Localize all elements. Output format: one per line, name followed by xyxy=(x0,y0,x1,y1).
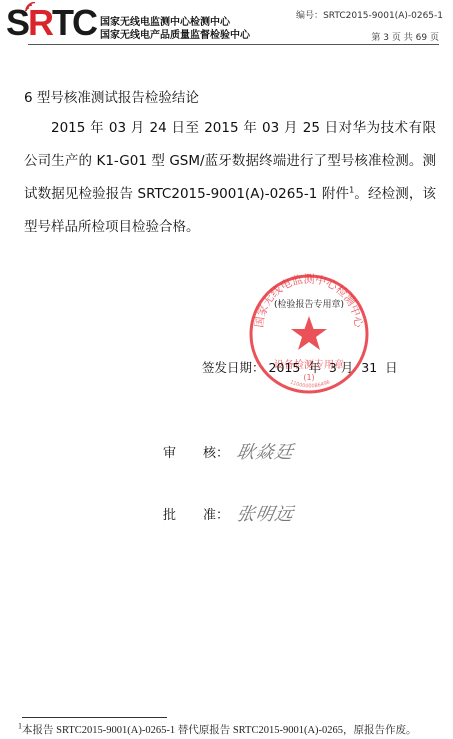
issue-date: 签发日期：2015 年 3月 31 日 xyxy=(202,358,402,376)
month-unit: 月 xyxy=(341,360,354,375)
issue-date-label: 签发日期： xyxy=(202,360,265,375)
reviewer-label-a: 审 xyxy=(163,442,203,461)
org-line-1: 国家无线电监测中心检测中心 xyxy=(100,16,250,29)
section-title: 6 型号核准测试报告检验结论 xyxy=(24,86,199,106)
page-label-mid: 页 共 xyxy=(392,33,413,43)
header-divider xyxy=(28,44,439,45)
footnote: 1本报告 SRTC2015-9001(A)-0265-1 替代原报告 SRTC2… xyxy=(18,722,417,737)
approver-label-a: 批 xyxy=(163,504,203,523)
footnote-divider xyxy=(22,717,167,718)
approver-label-b: 准： xyxy=(203,504,229,523)
signal-icon xyxy=(24,2,38,12)
report-number-value: SRTC2015-9001(A)-0265-1 xyxy=(323,11,443,21)
approver-row: 批 准： 张明远 xyxy=(163,500,294,526)
year-unit: 年 xyxy=(308,360,321,375)
page-current: 3 xyxy=(383,33,389,43)
page-number: 第 3 页 共 69 页 xyxy=(371,30,439,43)
footnote-text: 本报告 SRTC2015-9001(A)-0265-1 替代原报告 SRTC20… xyxy=(22,725,417,736)
reviewer-label-b: 核： xyxy=(203,442,229,461)
day-unit: 日 xyxy=(385,360,398,375)
reviewer-signature: 耿焱廷 xyxy=(235,438,297,464)
page-header: SRTC 国家无线电监测中心检测中心 国家无线电产品质量监督检验中心 编号：SR… xyxy=(0,0,453,48)
page-label-post: 页 xyxy=(430,33,439,43)
organization-names: 国家无线电监测中心检测中心 国家无线电产品质量监督检验中心 xyxy=(100,16,250,42)
seal-top-label: (检验报告专用章) xyxy=(274,298,344,310)
conclusion-paragraph: 2015 年 03 月 24 日至 2015 年 03 月 25 日对华为技术有… xyxy=(24,112,436,244)
srtc-logo: SRTC xyxy=(6,6,96,40)
report-number: 编号：SRTC2015-9001(A)-0265-1 xyxy=(296,8,443,21)
report-number-label: 编号： xyxy=(296,11,323,21)
star-icon xyxy=(291,316,327,350)
reviewer-row: 审 核： 耿焱廷 xyxy=(163,438,294,464)
issue-month: 3 xyxy=(329,360,337,375)
issue-year: 2015 xyxy=(269,360,301,375)
official-seal-stamp: 国家无线电监测中心检测中心 设备检测专用章 (1) 1100000086496 … xyxy=(247,272,371,396)
issue-day: 31 xyxy=(361,360,377,375)
approver-signature: 张明远 xyxy=(235,500,297,526)
page-label-pre: 第 xyxy=(371,33,380,43)
logo-letters-tc: TC xyxy=(52,2,96,43)
logo-text: SRTC xyxy=(6,6,96,40)
org-line-2: 国家无线电产品质量监督检验中心 xyxy=(100,29,250,42)
page-total: 69 xyxy=(416,33,427,43)
